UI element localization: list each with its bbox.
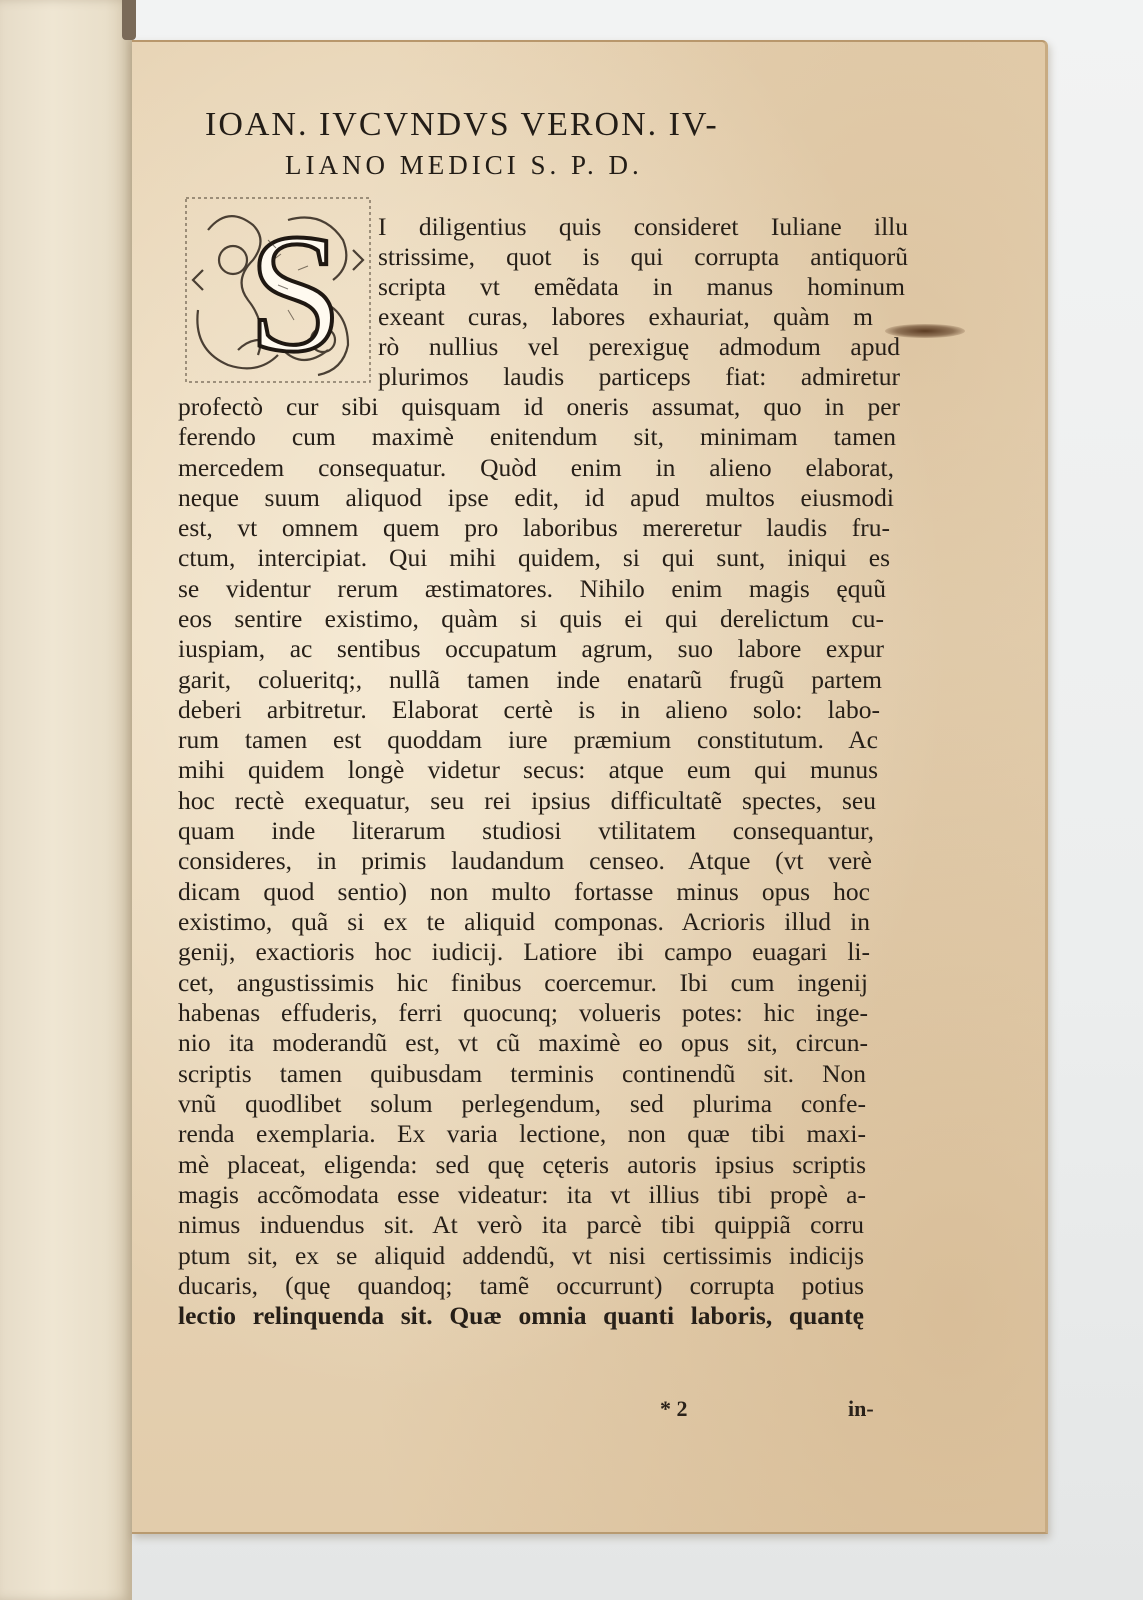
svg-text:S: S [248, 199, 343, 387]
text-line: vnũ quodlibet solum perlegendum, sed plu… [178, 1089, 866, 1119]
text-line: ctum, intercipiat. Qui mihi quidem, si q… [178, 543, 890, 573]
text-line: ducaris, (quę quandoq; tamẽ occurrunt) c… [178, 1271, 864, 1301]
text-line: existimo, quã si ex te aliquid componas.… [178, 907, 870, 937]
text-line: habenas effuderis, ferri quocunq; voluer… [178, 998, 868, 1028]
text-line: nimus induendus sit. At verò ita parcè t… [178, 1210, 864, 1240]
text-line: profectò cur sibi quisquam id oneris ass… [178, 392, 900, 422]
text-line: strissime, quot is qui corrupta antiquor… [378, 242, 908, 272]
text-line: lectio relinquenda sit. Quæ omnia quanti… [178, 1301, 864, 1331]
text-line: mè placeat, eligenda: sed quę cęteris au… [178, 1150, 866, 1180]
binding-spine-edge [122, 0, 136, 40]
heading-line-1: IOAN. IVCVNDVS VERON. IV- [205, 106, 719, 144]
text-line: quam inde literarum studiosi vtilitatem … [178, 816, 874, 846]
text-line: consideres, in primis laudandum censeo. … [178, 846, 872, 876]
text-line: cet, angustissimis hic finibus coercemur… [178, 968, 868, 998]
heading-line-2: LIANO MEDICI S. P. D. [285, 150, 643, 181]
catchword: in- [848, 1396, 874, 1422]
text-line: exeant curas, labores exhauriat, quàm m [378, 302, 873, 332]
text-line: ptum sit, ex se aliquid addendũ, vt nisi… [178, 1241, 864, 1271]
text-line: se videntur rerum æstimatores. Nihilo en… [178, 574, 886, 604]
text-line: renda exemplaria. Ex varia lectione, non… [178, 1119, 866, 1149]
text-line: mihi quidem longè videtur secus: atque e… [178, 755, 878, 785]
text-line: neque suum aliquod ipse edit, id apud mu… [178, 483, 894, 513]
text-line: rò nullius vel perexiguę admodum apud [378, 332, 900, 362]
text-line: scriptis tamen quibusdam terminis contin… [178, 1059, 866, 1089]
vellum-binding [0, 0, 132, 1600]
text-line: genij, exactioris hoc iudicij. Latiore i… [178, 937, 870, 967]
text-line: dicam quod sentio) non multo fortasse mi… [178, 877, 870, 907]
text-line: nio ita moderandũ est, vt cũ maximè eo o… [178, 1028, 868, 1058]
signature-mark: * 2 [660, 1396, 688, 1422]
text-line: rum tamen est quoddam iure præmium const… [178, 725, 878, 755]
ornamental-initial-s-icon: S [178, 190, 378, 390]
text-line: scripta vt emẽdata in manus hominum [378, 272, 905, 302]
text-line: deberi arbitretur. Elaborat certè is in … [178, 695, 880, 725]
text-line: magis accõmodata esse videatur: ita vt i… [178, 1180, 866, 1210]
text-line: garit, colueritq;, nullã tamen inde enat… [178, 665, 882, 695]
text-line: iuspiam, ac sentibus occupatum agrum, su… [178, 634, 884, 664]
text-line: eos sentire existimo, quàm si quis ei qu… [178, 604, 884, 634]
text-line: hoc rectè exequatur, seu rei ipsius diff… [178, 786, 876, 816]
text-line: mercedem consequatur. Quòd enim in alien… [178, 453, 894, 483]
text-line: est, vt omnem quem pro laboribus mereret… [178, 513, 890, 543]
text-line: I diligentius quis consideret Iuliane il… [378, 212, 908, 242]
text-line: ferendo cum maximè enitendum sit, minima… [178, 422, 896, 452]
text-line: plurimos laudis particeps fiat: admiretu… [378, 362, 900, 392]
